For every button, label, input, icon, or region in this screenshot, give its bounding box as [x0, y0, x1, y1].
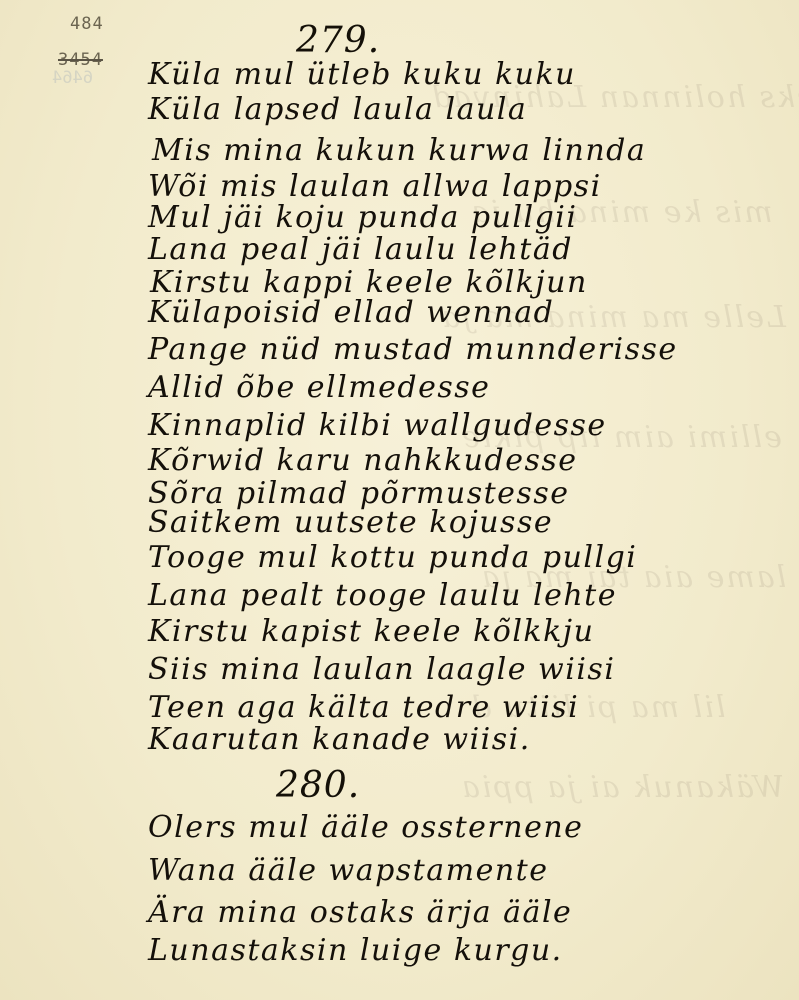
manuscript-line: Küla lapsed laula laula — [148, 92, 527, 127]
manuscript-line: Allid õbe ellmedesse — [148, 370, 490, 405]
manuscript-line: Kinnaplid kilbi wallgudesse — [148, 408, 607, 443]
manuscript-line: Kaarutan kanade wiisi. — [148, 722, 531, 757]
manuscript-line: Küla mul ütleb kuku kuku — [148, 57, 576, 92]
song-number: 280. — [276, 765, 360, 806]
manuscript-line: Pange nüd mustad munnderisse — [148, 332, 678, 367]
manuscript-line: Külapoisid ellad wennad — [148, 295, 554, 330]
manuscript-line: Saitkem uutsete kojusse — [148, 505, 553, 540]
archive-number-ghost: 6464 — [52, 68, 93, 88]
manuscript-line: Mis mina kukun kurwa linnda — [152, 133, 646, 168]
manuscript-line: Mul jäi koju punda pullgii — [148, 200, 577, 235]
manuscript-line: Kirstu kapist keele kõlkkju — [148, 614, 594, 649]
manuscript-line: Siis mina laulan laagle wiisi — [148, 652, 615, 687]
manuscript-line: Wana ääle wapstamente — [148, 853, 548, 888]
bleed-through-text: Wäkanuk ai ja ppia — [460, 770, 784, 805]
archive-number-struck: 3454 — [58, 50, 103, 70]
manuscript-line: Olers mul ääle ossternene — [148, 810, 583, 845]
manuscript-line: Lana peal jäi laulu lehtäd — [148, 232, 573, 267]
manuscript-page: Oleks holinnan Lahinvad mis ke mina hu j… — [0, 0, 799, 1000]
manuscript-line: Teen aga kälta tedre wiisi — [148, 690, 579, 725]
manuscript-line: Kõrwid karu nahkkudesse — [148, 443, 578, 478]
manuscript-line: Lunastaksin luige kurgu. — [148, 933, 563, 968]
manuscript-line: Ära mina ostaks ärja ääle — [148, 895, 572, 930]
manuscript-line: Wõi mis laulan allwa lappsi — [148, 169, 602, 204]
manuscript-line: Tooge mul kottu punda pullgi — [148, 540, 637, 575]
archive-number: 484 — [70, 14, 104, 34]
song-number: 279. — [296, 20, 380, 61]
manuscript-line: Lana pealt tooge laulu lehte — [148, 578, 617, 613]
